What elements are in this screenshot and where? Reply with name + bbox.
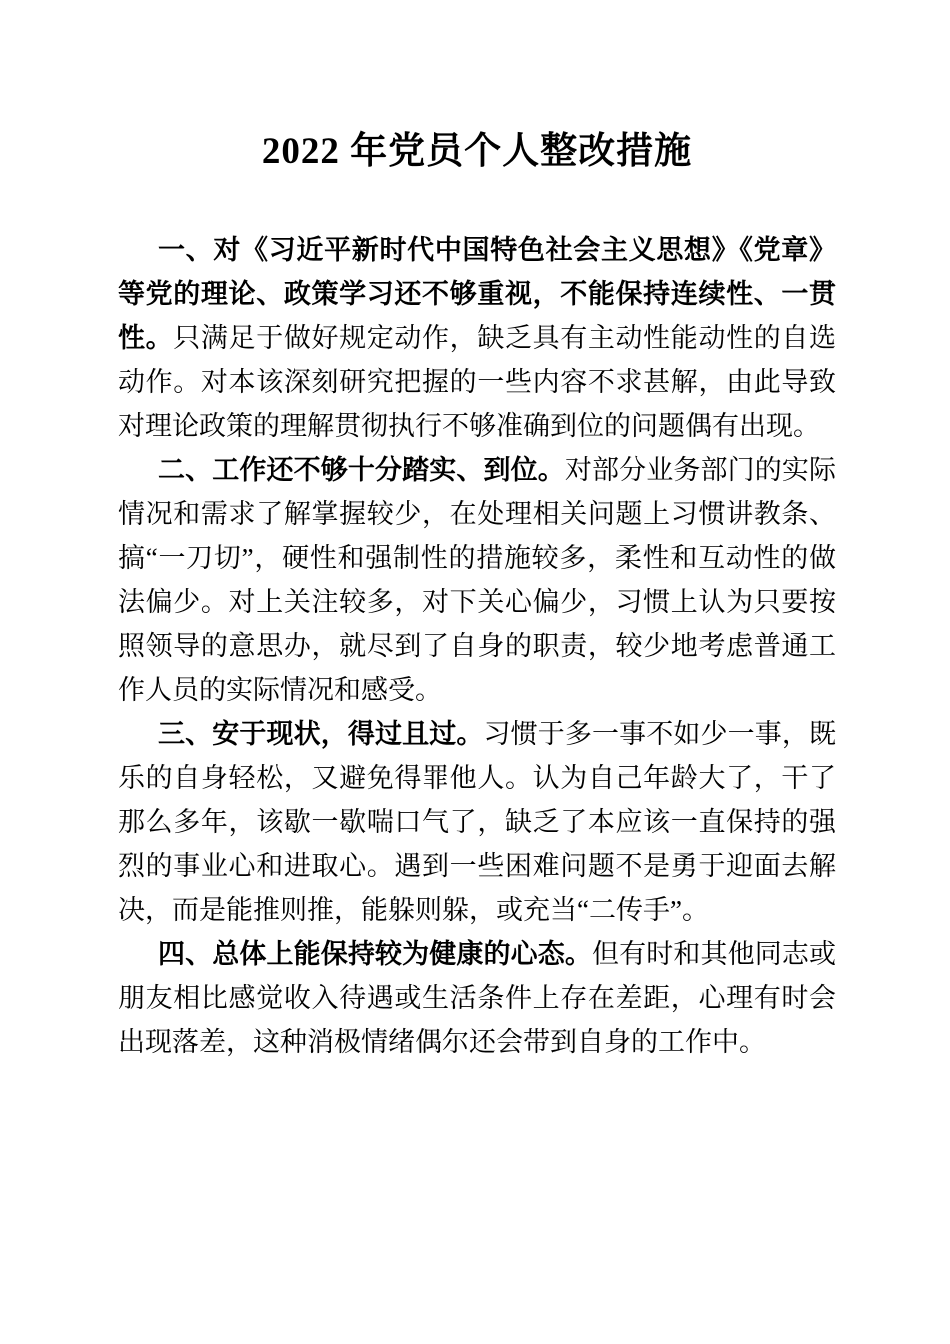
paragraph: 三、安于现状，得过且过。习惯于多一事不如少一事，既乐的自身轻松，又避免得罪他人。… bbox=[118, 712, 836, 932]
paragraph-lead: 四、总体上能保持较为健康的心态。 bbox=[158, 939, 592, 969]
document-title: 2022 年党员个人整改措施 bbox=[118, 126, 836, 178]
paragraph-lead: 二、工作还不够十分踏实、到位。 bbox=[158, 455, 565, 485]
paragraph-lead: 三、安于现状，得过且过。 bbox=[158, 719, 484, 749]
paragraph-text: 只满足于做好规定动作，缺乏具有主动性能动性的自选动作。对本该深刻研究把握的一些内… bbox=[118, 323, 836, 441]
paragraph: 四、总体上能保持较为健康的心态。但有时和其他同志或朋友相比感觉收入待遇或生活条件… bbox=[118, 932, 836, 1064]
document-page: 2022 年党员个人整改措施 一、对《习近平新时代中国特色社会主义思想》《党章》… bbox=[0, 0, 950, 1344]
paragraph: 一、对《习近平新时代中国特色社会主义思想》《党章》等党的理论、政策学习还不够重视… bbox=[118, 228, 836, 448]
paragraph-text: 对部分业务部门的实际情况和需求了解掌握较少，在处理相关问题上习惯讲教条、搞“一刀… bbox=[118, 455, 836, 705]
document-body: 一、对《习近平新时代中国特色社会主义思想》《党章》等党的理论、政策学习还不够重视… bbox=[118, 228, 836, 1064]
paragraph: 二、工作还不够十分踏实、到位。对部分业务部门的实际情况和需求了解掌握较少，在处理… bbox=[118, 448, 836, 712]
paragraph-text: 习惯于多一事不如少一事，既乐的自身轻松，又避免得罪他人。认为自己年龄大了，干了那… bbox=[118, 719, 836, 925]
